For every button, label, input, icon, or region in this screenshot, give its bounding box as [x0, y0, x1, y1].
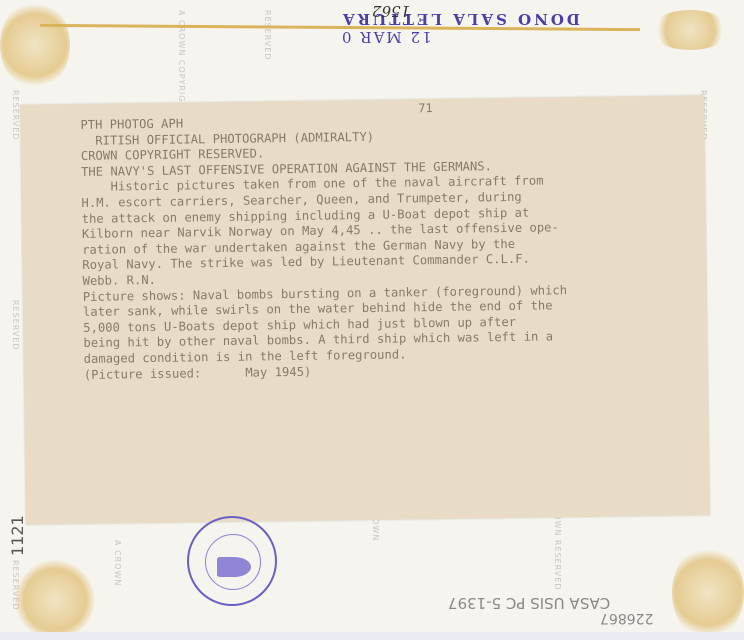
watermark-reserved: RESERVED — [11, 90, 20, 141]
seal-emblem-icon — [217, 557, 251, 577]
handwritten-number-left: 1121 — [8, 515, 27, 556]
museum-seal-stamp — [187, 516, 277, 606]
handwritten-archive-ref: CASA USIS PC 5-1397 — [448, 594, 610, 612]
tape-stain — [672, 545, 744, 640]
photo-verso: A CROWN COPYRIGHT RESERVED RESERVED RESE… — [0, 0, 744, 632]
handwritten-archive-number: 226867 — [600, 610, 653, 626]
watermark-crown: A CROWN — [113, 540, 122, 586]
tape-stain — [0, 0, 70, 90]
watermark-reserved: RESERVED — [11, 300, 20, 351]
handwritten-number-top: 1562 — [372, 2, 410, 20]
stamp-date: 12 MAR 0 — [340, 28, 580, 46]
typed-caption-sheet: 71 PTH PHOTOG APH RITISH OFFICIAL PHOTOG… — [20, 95, 710, 525]
scan-edge — [0, 632, 744, 640]
caption-body: PTH PHOTOG APH RITISH OFFICIAL PHOTOGRAP… — [80, 109, 704, 383]
tape-stain — [650, 10, 730, 50]
watermark-reserved: RESERVED — [263, 10, 272, 61]
tape-stain — [15, 560, 95, 640]
